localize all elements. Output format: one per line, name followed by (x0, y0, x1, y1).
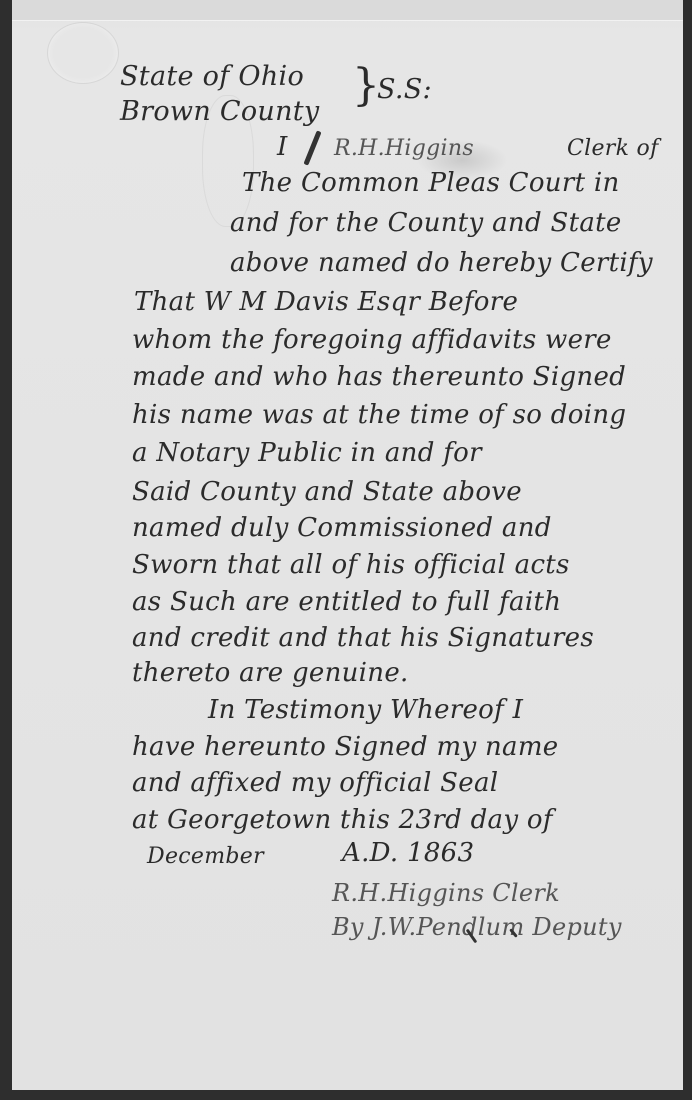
deputy-signature: By J.W.Pendlum Deputy (332, 912, 622, 942)
body-line: Said County and State above (132, 477, 522, 507)
body-line: as Such are entitled to full faith (132, 587, 561, 617)
caption-county: Brown County (120, 97, 319, 127)
body-line: thereto are genuine. (132, 658, 409, 688)
paper-sheet: State of Ohio Brown County } S.S: I R.H.… (12, 0, 683, 1090)
body-line: The Common Pleas Court in (242, 168, 620, 198)
caption-brace: } (352, 64, 380, 108)
body-line: and affixed my official Seal (132, 768, 498, 798)
body-line: a Notary Public in and for (132, 438, 482, 468)
body-line: made and who has thereunto Signed (132, 362, 626, 392)
date-month: December (147, 842, 264, 872)
body-line: That W M Davis Esqr Before (134, 287, 518, 317)
opening-pronoun: I (277, 132, 288, 162)
opening-clerk-signature: R.H.Higgins (334, 134, 474, 164)
date-era: A.D. (342, 838, 398, 868)
body-line: have hereunto Signed my name (132, 732, 559, 762)
caption-state: State of Ohio (120, 62, 304, 92)
date-year: 1863 (407, 838, 474, 868)
body-line: above named do hereby Certify (230, 248, 653, 278)
body-line: his name was at the time of so doing (132, 400, 626, 430)
body-line: Sworn that all of his official acts (132, 550, 570, 580)
opening-title: Clerk of (567, 134, 659, 164)
pen-stroke (303, 130, 321, 165)
scanned-page: State of Ohio Brown County } S.S: I R.H.… (0, 0, 692, 1100)
embossed-seal-mark (47, 22, 119, 84)
caption-ss: S.S: (377, 75, 432, 105)
body-line: at Georgetown this 23rd day of (132, 805, 553, 835)
clerk-signature: R.H.Higgins Clerk (332, 878, 560, 908)
top-fold (12, 0, 683, 21)
body-line: named duly Commissioned and (132, 513, 552, 543)
body-line: In Testimony Whereof I (208, 695, 523, 725)
body-line: whom the foregoing affidavits were (132, 325, 612, 355)
body-line: and for the County and State (230, 208, 622, 238)
body-line: and credit and that his Signatures (132, 623, 594, 653)
